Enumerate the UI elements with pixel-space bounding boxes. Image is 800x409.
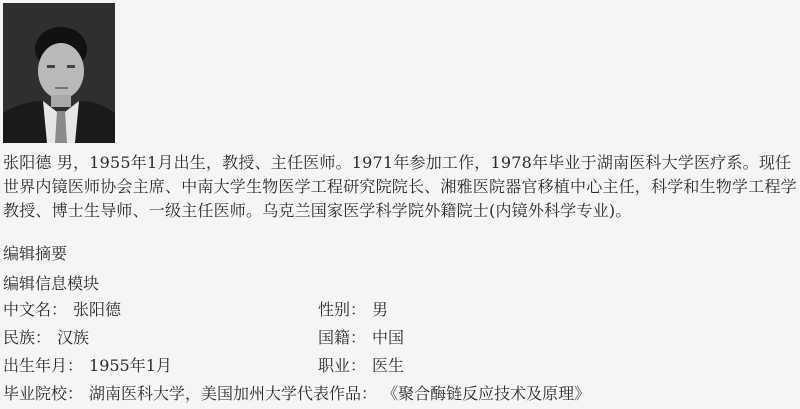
field-label: 出生年月： [3, 356, 83, 375]
field-value: 湖南医科大学，美国加州大学代表作品： 《聚合酶链反应技术及原理》 [89, 384, 590, 403]
edit-info-module-link[interactable]: 编辑信息模块 [3, 272, 99, 296]
info-row: 中文名：张阳德 性别：男 [3, 298, 797, 322]
info-row: 毕业院校：湖南医科大学，美国加州大学代表作品： 《聚合酶链反应技术及原理》 [3, 382, 797, 406]
field-value: 男 [372, 300, 388, 319]
info-field-ethnicity: 民族：汉族 [3, 326, 89, 350]
info-field-nationality: 国籍：中国 [318, 326, 404, 350]
field-label: 中文名： [3, 300, 67, 319]
field-label: 毕业院校： [3, 384, 83, 403]
edit-summary-link[interactable]: 编辑摘要 [3, 242, 67, 266]
info-field-gender: 性别：男 [318, 298, 388, 322]
field-value: 中国 [372, 328, 404, 347]
info-row: 民族：汉族 国籍：中国 [3, 326, 797, 350]
field-value: 张阳德 [73, 300, 121, 319]
field-label: 国籍： [318, 328, 366, 347]
field-label: 民族： [3, 328, 51, 347]
info-field-chinese-name: 中文名：张阳德 [3, 298, 121, 322]
portrait-image [3, 3, 115, 143]
info-field-birth-date: 出生年月：1955年1月 [3, 354, 172, 378]
field-value: 汉族 [57, 328, 89, 347]
field-label: 职业： [318, 356, 366, 375]
field-value: 医生 [372, 356, 404, 375]
field-label: 性别： [318, 300, 366, 319]
info-field-alma-mater: 毕业院校：湖南医科大学，美国加州大学代表作品： 《聚合酶链反应技术及原理》 [3, 382, 590, 406]
bio-paragraph: 张阳德 男，1955年1月出生，教授、主任医师。1971年参加工作，1978年毕… [3, 151, 797, 223]
info-field-occupation: 职业：医生 [318, 354, 404, 378]
field-value: 1955年1月 [89, 356, 172, 375]
info-row: 出生年月：1955年1月 职业：医生 [3, 354, 797, 378]
portrait-photo [3, 3, 115, 143]
